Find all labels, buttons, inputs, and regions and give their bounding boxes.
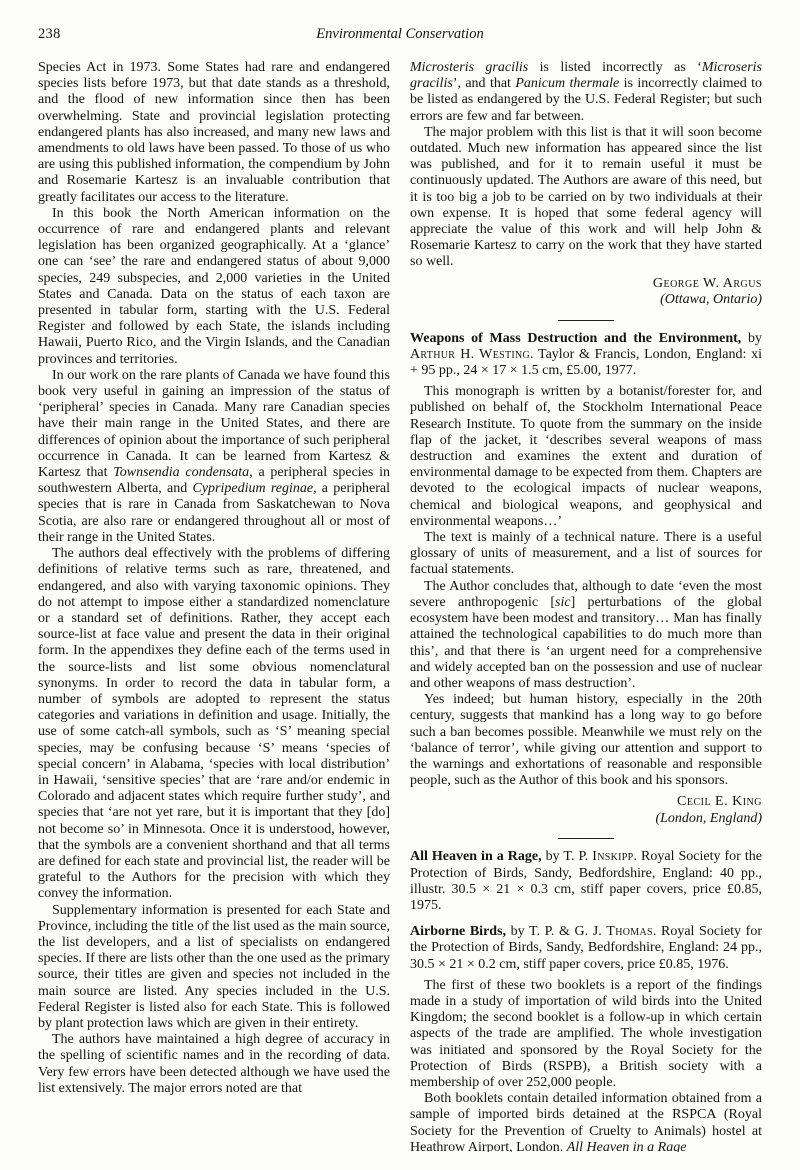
paragraph: The authors have maintained a high degre… [38, 1032, 390, 1097]
paragraph: The text is mainly of a technical nature… [410, 530, 762, 579]
paragraph: The major problem with this list is that… [410, 125, 762, 271]
paragraph: Microsteris gracilis is listed incorrect… [410, 60, 762, 125]
running-head: 238 Environmental Conservation [38, 26, 762, 46]
paragraph: In our work on the rare plants of Canada… [38, 368, 390, 546]
paragraph: The authors deal effectively with the pr… [38, 546, 390, 902]
paragraph: Both booklets contain detailed informati… [410, 1091, 762, 1152]
paragraph: Supplementary information is presented f… [38, 903, 390, 1033]
paragraph: The first of these two booklets is a rep… [410, 978, 762, 1091]
book-reference: Weapons of Mass Destruction and the Envi… [410, 331, 762, 380]
paragraph: Yes indeed; but human history, especiall… [410, 692, 762, 789]
journal-page: 238 Environmental Conservation Species A… [0, 0, 800, 1170]
reviewer-name: Cecil E. King [410, 794, 762, 811]
book-reference: All Heaven in a Rage, by T. P. Inskipp. … [410, 849, 762, 914]
paragraph: This monograph is written by a botanist/… [410, 384, 762, 530]
section-divider [558, 320, 614, 321]
right-column: Microsteris gracilis is listed incorrect… [410, 60, 762, 1152]
reviewer-location: (Ottawa, Ontario) [410, 292, 762, 309]
reviewer-signature: Cecil E. King(London, England) [410, 794, 762, 827]
paragraph: In this book the North American informat… [38, 206, 390, 368]
paragraph: The Author concludes that, although to d… [410, 579, 762, 692]
paragraph: Species Act in 1973. Some States had rar… [38, 60, 390, 206]
reviewer-name: George W. Argus [410, 276, 762, 293]
left-column: Species Act in 1973. Some States had rar… [38, 60, 390, 1097]
section-divider [558, 838, 614, 839]
journal-title: Environmental Conservation [38, 26, 762, 43]
two-column-layout: Species Act in 1973. Some States had rar… [38, 60, 762, 1152]
reviewer-location: (London, England) [410, 811, 762, 828]
reviewer-signature: George W. Argus(Ottawa, Ontario) [410, 276, 762, 309]
book-reference: Airborne Birds, by T. P. & G. J. Thomas.… [410, 924, 762, 973]
